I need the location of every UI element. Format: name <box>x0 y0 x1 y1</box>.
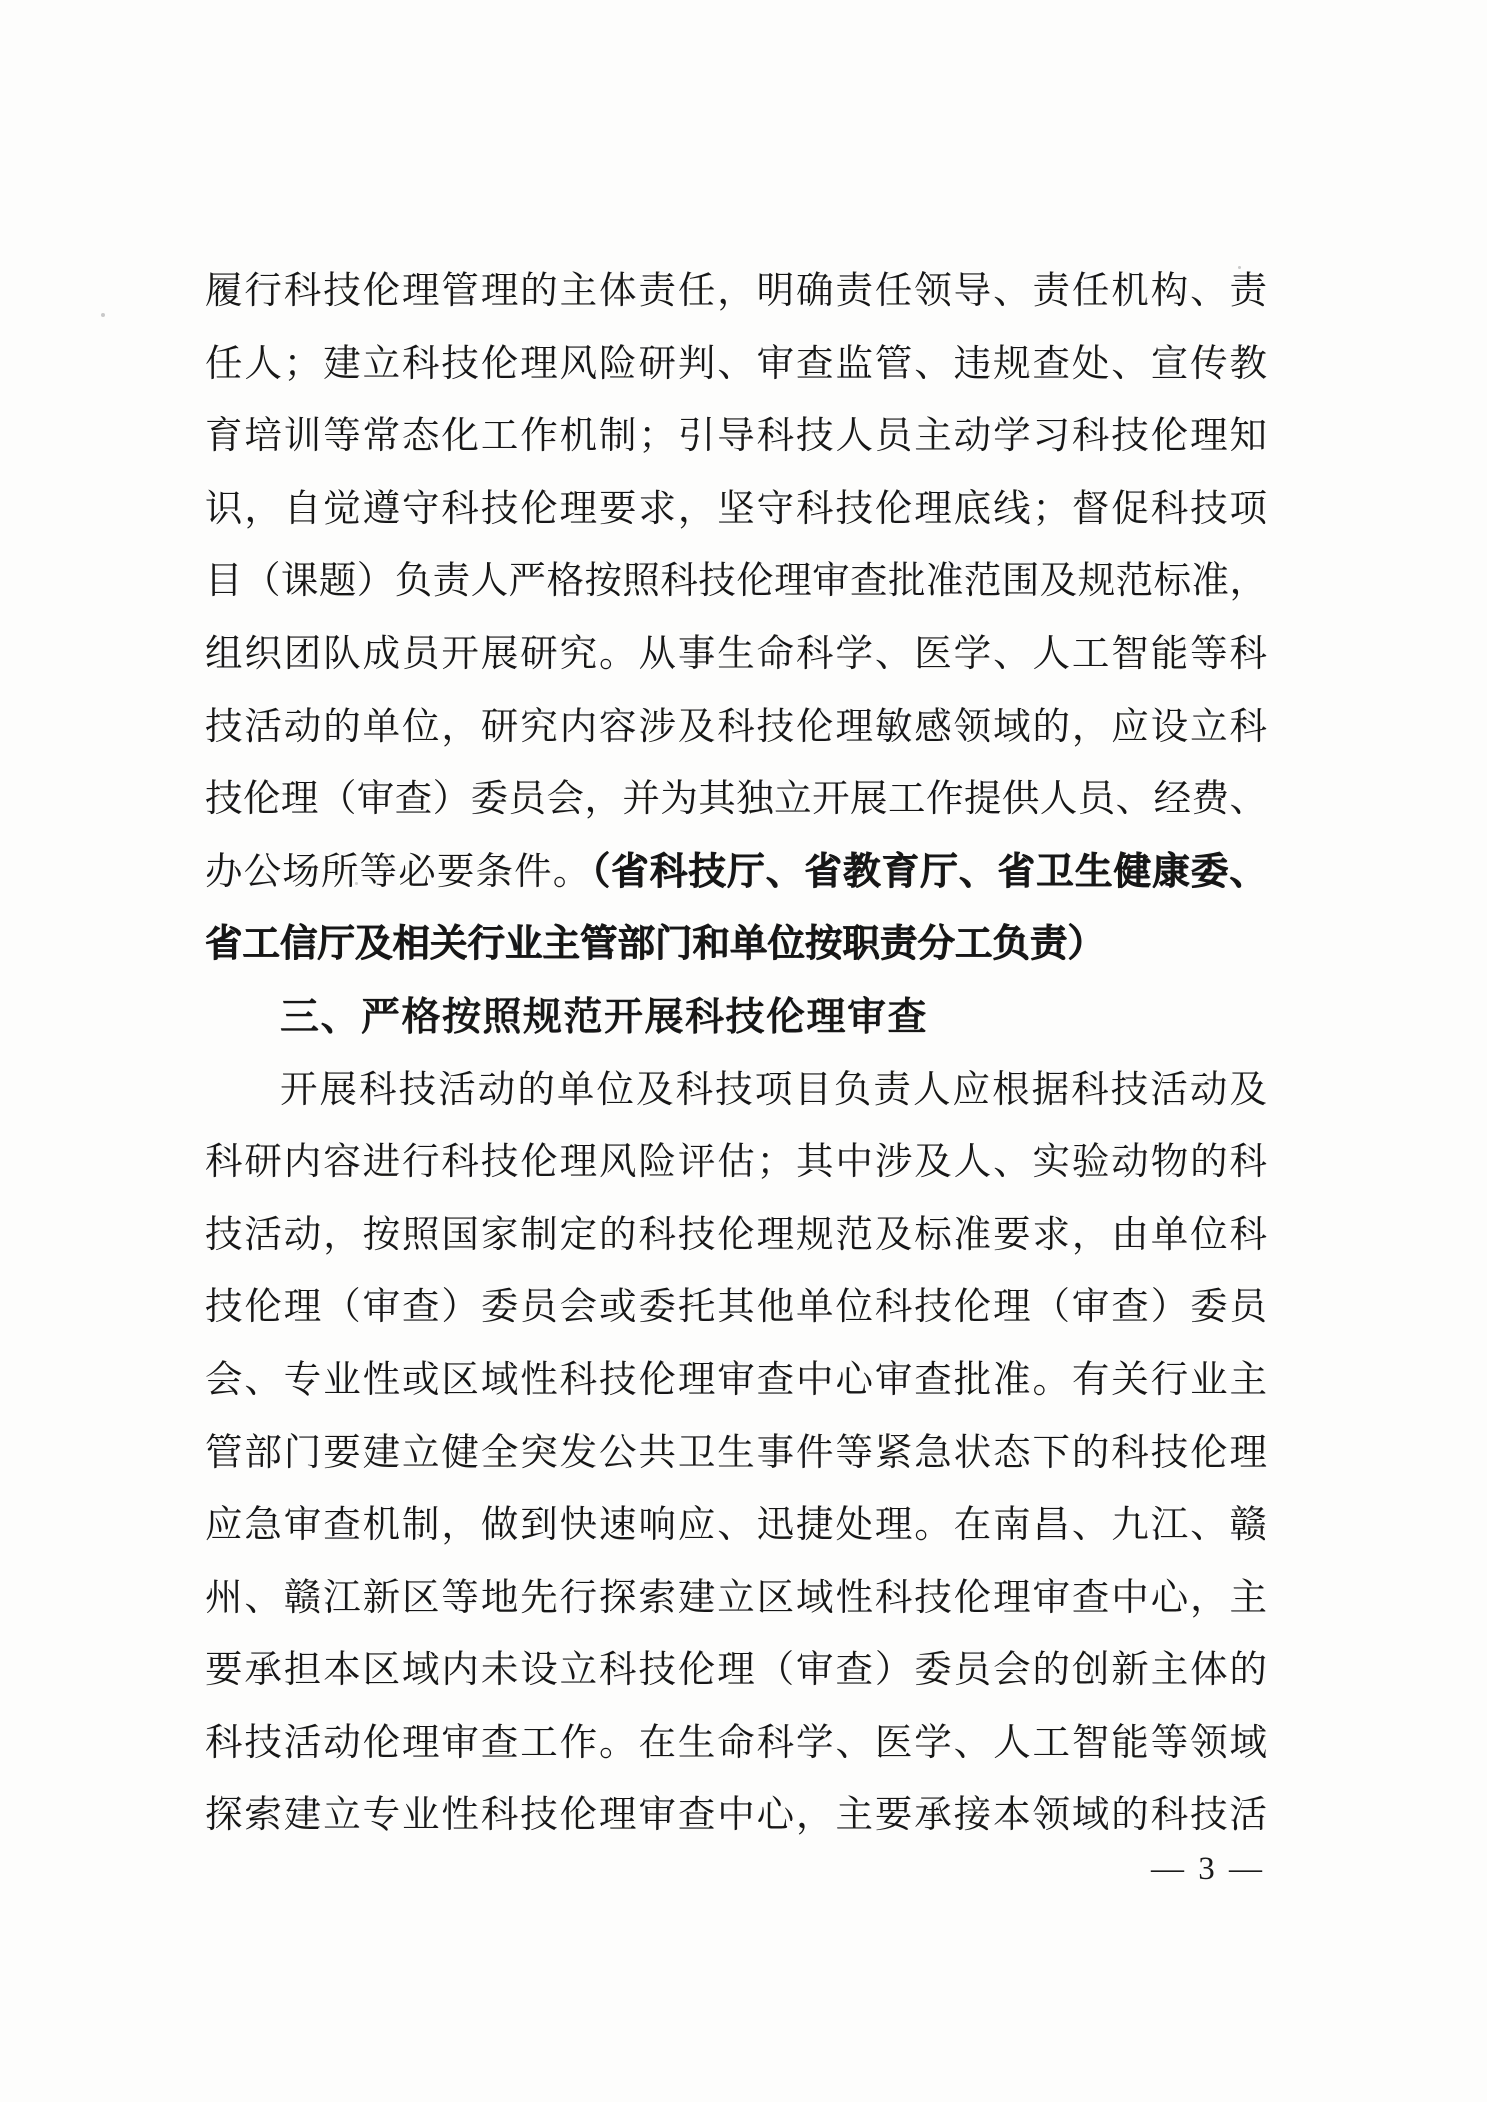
text-segment: 要承担本区域内未设立科技伦理（审查）委员会的创新主体的 <box>205 1650 1267 1691</box>
text-line: 科研内容进行科技伦理风险评估；其中涉及人、实验动物的科 <box>205 1127 1267 1200</box>
text-line: 省工信厅及相关行业主管部门和单位按职责分工负责） <box>205 909 1267 982</box>
text-line: 任人；建立科技伦理风险研判、审查监管、违规查处、宣传教 <box>205 329 1267 402</box>
document-body: 履行科技伦理管理的主体责任，明确责任领导、责任机构、责任人；建立科技伦理风险研判… <box>205 256 1267 1853</box>
text-line: 技活动，按照国家制定的科技伦理规范及标准要求，由单位科 <box>205 1200 1267 1273</box>
text-segment: 育培训等常态化工作机制；引导科技人员主动学习科技伦理知 <box>205 416 1267 457</box>
text-segment: 技活动的单位，研究内容涉及科技伦理敏感领域的，应设立科 <box>205 707 1267 748</box>
bold-text-segment: 省工信厅及相关行业主管部门和单位按职责分工负责） <box>205 924 1105 965</box>
text-segment: 组织团队成员开展研究。从事生命科学、医学、人工智能等科 <box>205 634 1267 675</box>
text-line: 会、专业性或区域性科技伦理审查中心审查批准。有关行业主 <box>205 1345 1267 1418</box>
text-segment: 履行科技伦理管理的主体责任，明确责任领导、责任机构、责 <box>205 271 1267 312</box>
text-line: 履行科技伦理管理的主体责任，明确责任领导、责任机构、责 <box>205 256 1267 329</box>
page-number: — 3 — <box>1108 1846 1308 1892</box>
text-line: 技伦理（审查）委员会或委托其他单位科技伦理（审查）委员 <box>205 1272 1267 1345</box>
text-line: 目（课题）负责人严格按照科技伦理审查批准范围及规范标准， <box>205 546 1267 619</box>
text-line: 育培训等常态化工作机制；引导科技人员主动学习科技伦理知 <box>205 401 1267 474</box>
text-segment: 探索建立专业性科技伦理审查中心，主要承接本领域的科技活 <box>205 1795 1267 1836</box>
text-segment: 科研内容进行科技伦理风险评估；其中涉及人、实验动物的科 <box>205 1142 1267 1183</box>
text-segment: 应急审查机制，做到快速响应、迅捷处理。在南昌、九江、赣 <box>205 1505 1267 1546</box>
text-line: 探索建立专业性科技伦理审查中心，主要承接本领域的科技活 <box>205 1780 1267 1853</box>
text-line: 要承担本区域内未设立科技伦理（审查）委员会的创新主体的 <box>205 1635 1267 1708</box>
text-segment: 科技活动伦理审查工作。在生命科学、医学、人工智能等领域 <box>205 1723 1267 1764</box>
text-segment: 管部门要建立健全突发公共卫生事件等紧急状态下的科技伦理 <box>205 1433 1267 1474</box>
bold-text-segment: 三、严格按照规范开展科技伦理审查 <box>280 996 928 1039</box>
bold-text-segment: （省科技厅、省教育厅、省卫生健康委、 <box>591 852 1267 893</box>
text-segment: 目（课题）负责人严格按照科技伦理审查批准范围及规范标准， <box>205 561 1267 602</box>
text-line: 州、赣江新区等地先行探索建立区域性科技伦理审查中心，主 <box>205 1563 1267 1636</box>
section-heading: 三、严格按照规范开展科技伦理审查 <box>205 982 1267 1055</box>
text-line: 技伦理（审查）委员会，并为其独立开展工作提供人员、经费、 <box>205 764 1267 837</box>
text-segment: 技活动，按照国家制定的科技伦理规范及标准要求，由单位科 <box>205 1215 1267 1256</box>
text-segment: 识，自觉遵守科技伦理要求，坚守科技伦理底线；督促科技项 <box>205 489 1267 530</box>
text-segment: 技伦理（审查）委员会，并为其独立开展工作提供人员、经费、 <box>205 779 1267 820</box>
text-segment: 开展科技活动的单位及科技项目负责人应根据科技活动及 <box>280 1070 1267 1111</box>
text-line: 技活动的单位，研究内容涉及科技伦理敏感领域的，应设立科 <box>205 692 1267 765</box>
text-line: 识，自觉遵守科技伦理要求，坚守科技伦理底线；督促科技项 <box>205 474 1267 547</box>
text-segment: 会、专业性或区域性科技伦理审查中心审查批准。有关行业主 <box>205 1360 1267 1401</box>
text-line: 开展科技活动的单位及科技项目负责人应根据科技活动及 <box>205 1055 1267 1128</box>
scan-speck <box>101 313 105 317</box>
text-line: 办公场所等必要条件。（省科技厅、省教育厅、省卫生健康委、 <box>205 837 1267 910</box>
text-segment: 技伦理（审查）委员会或委托其他单位科技伦理（审查）委员 <box>205 1287 1267 1328</box>
text-segment: 州、赣江新区等地先行探索建立区域性科技伦理审查中心，主 <box>205 1578 1267 1619</box>
scan-speck <box>1238 266 1241 269</box>
text-line: 组织团队成员开展研究。从事生命科学、医学、人工智能等科 <box>205 619 1267 692</box>
text-segment: 任人；建立科技伦理风险研判、审查监管、违规查处、宣传教 <box>205 344 1267 385</box>
text-line: 科技活动伦理审查工作。在生命科学、医学、人工智能等领域 <box>205 1708 1267 1781</box>
text-line: 管部门要建立健全突发公共卫生事件等紧急状态下的科技伦理 <box>205 1418 1267 1491</box>
text-line: 应急审查机制，做到快速响应、迅捷处理。在南昌、九江、赣 <box>205 1490 1267 1563</box>
document-page: 履行科技伦理管理的主体责任，明确责任领导、责任机构、责任人；建立科技伦理风险研判… <box>0 0 1487 2102</box>
text-segment: 办公场所等必要条件。 <box>205 852 591 893</box>
scan-speck <box>355 882 358 885</box>
